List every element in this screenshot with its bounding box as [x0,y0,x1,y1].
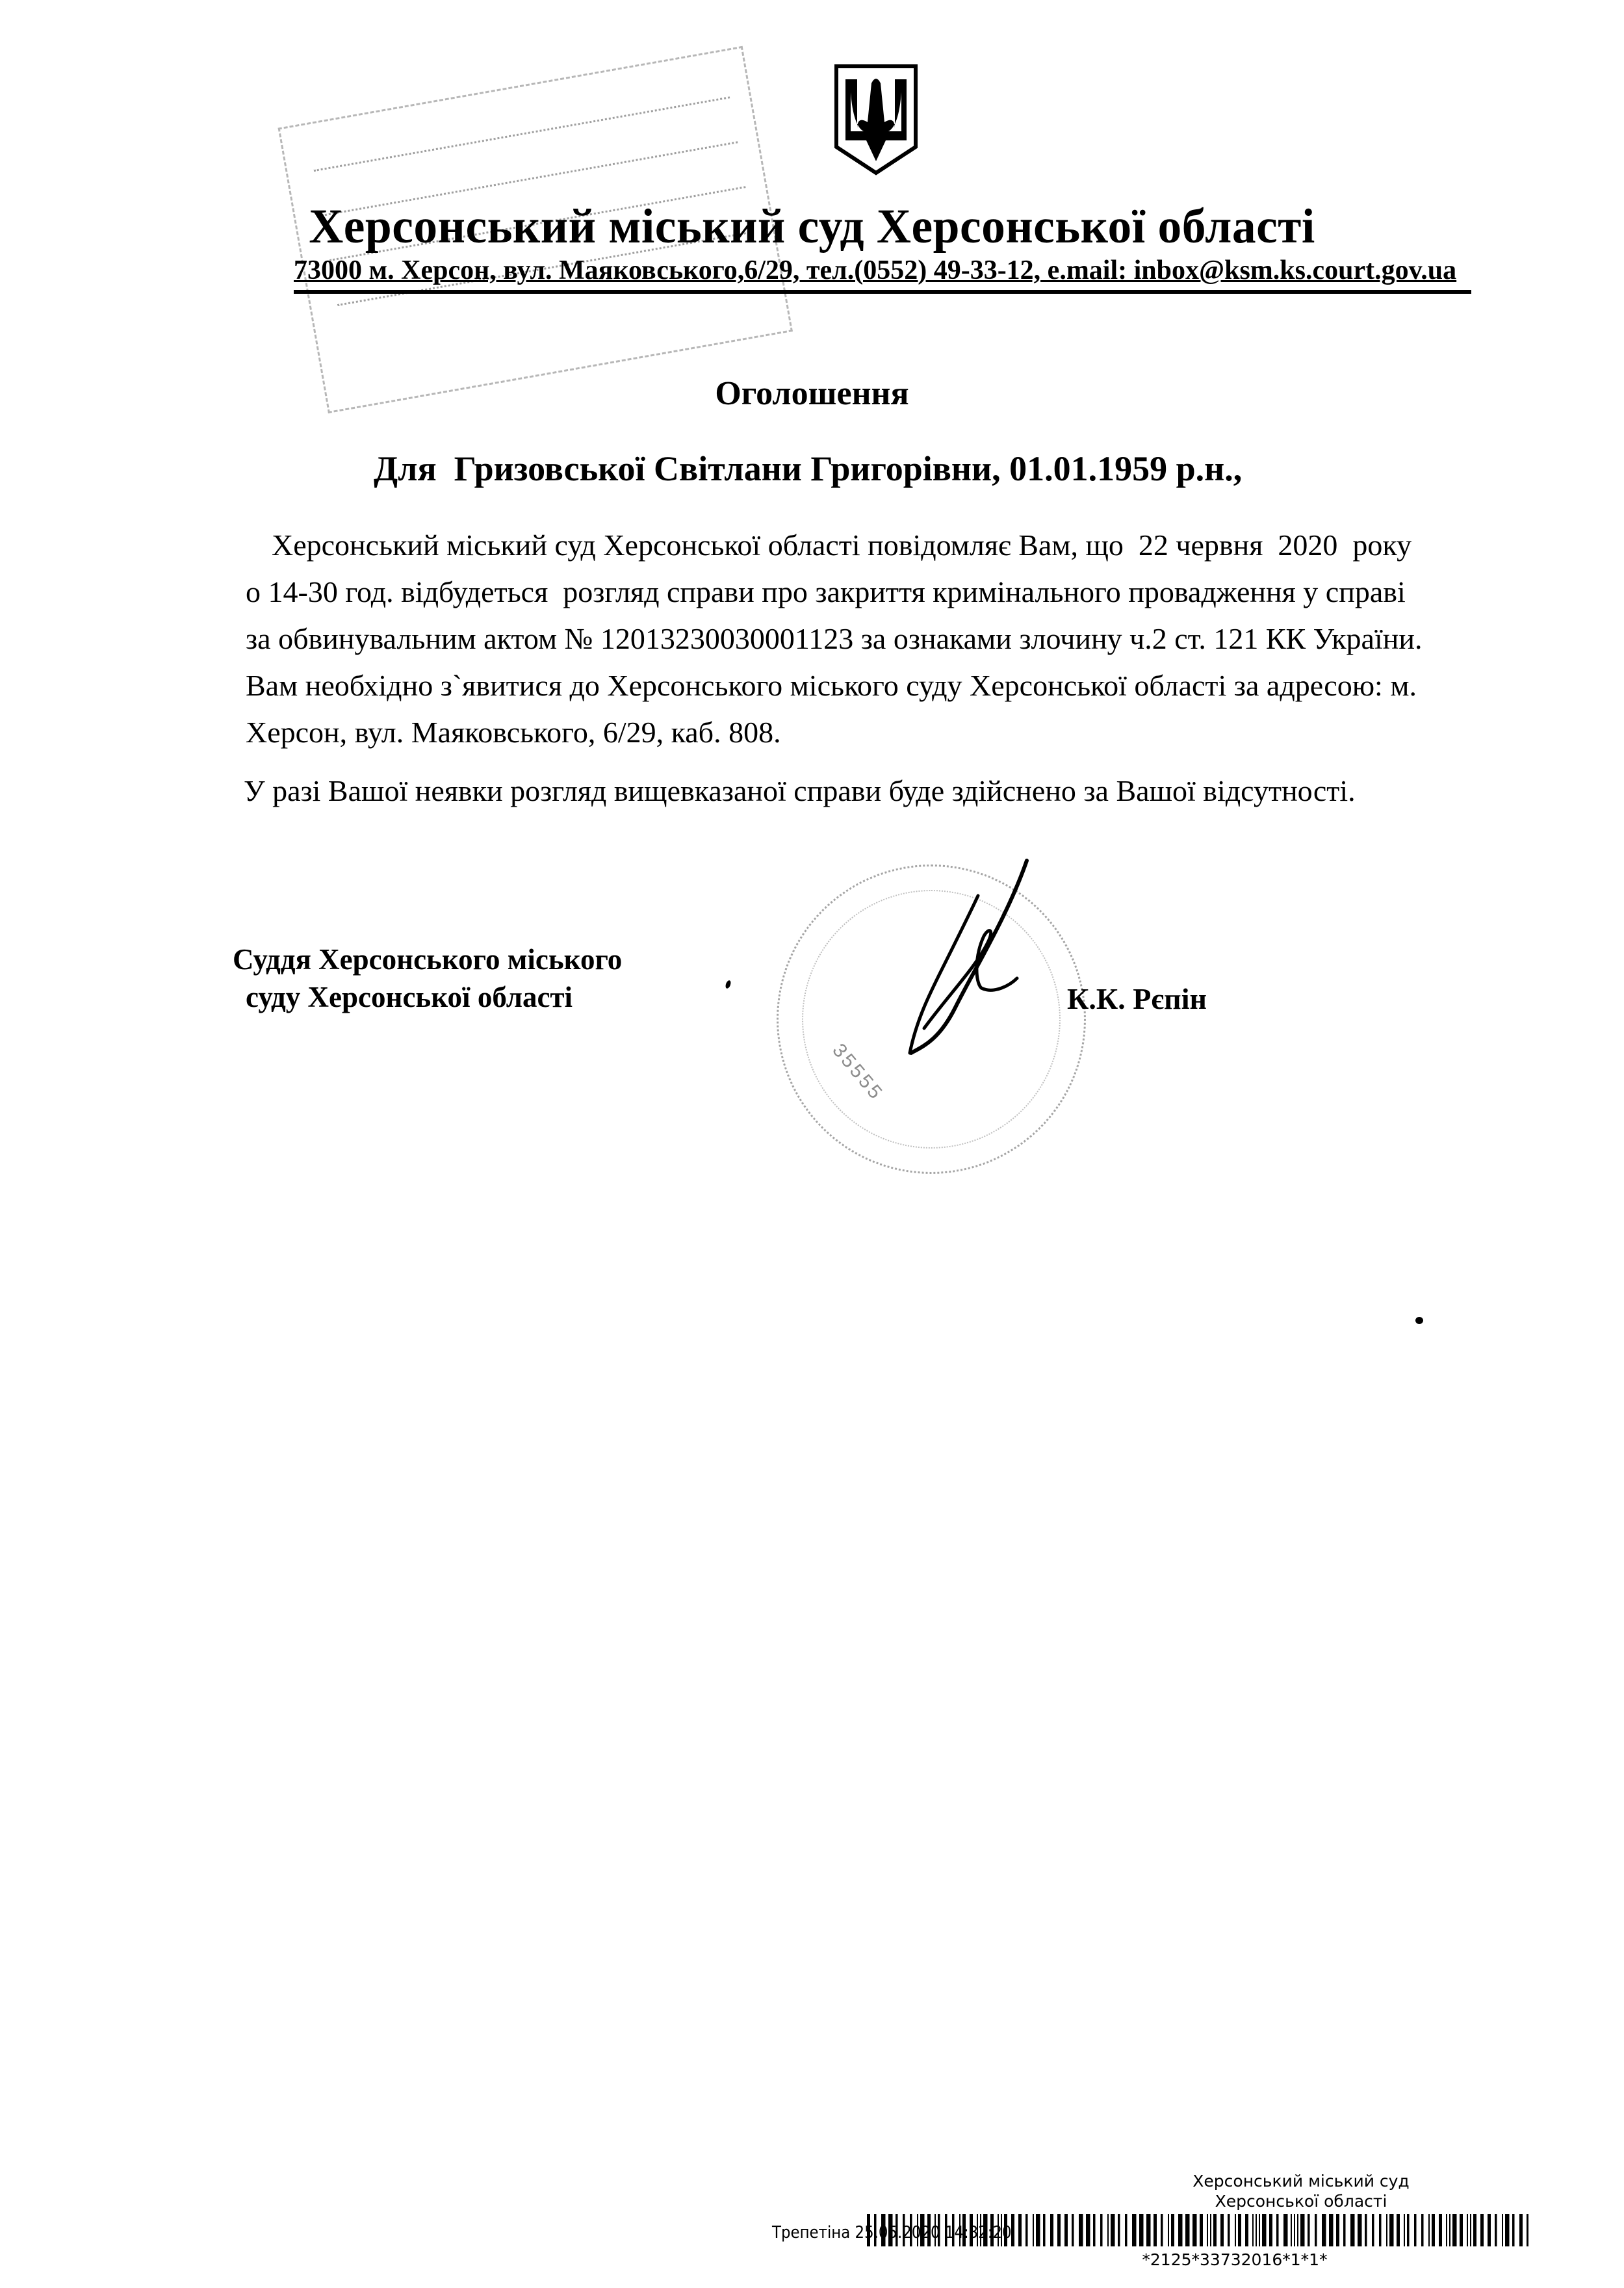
footer-court-line-1: Херсонський міський суд [1178,2172,1424,2190]
ukraine-coat-of-arms-icon [834,64,918,175]
header-rule [294,290,1471,294]
court-address-line: 73000 м. Херсон, вул. Маяковського,6/29,… [294,255,1470,286]
paragraph-2: У разі Вашої неявки розгляд вищевказаної… [244,773,1356,808]
paragraph-1-line: Херсонський міський суд Херсонської обла… [272,528,1411,562]
paragraph-1-line: за обвинувальним актом № 120132300300011… [246,621,1423,656]
footer-court-line-2: Херсонської області [1178,2192,1424,2211]
barcode-icon [867,2214,1528,2246]
paragraph-1-line: Вам необхідно з`явитися до Херсонського … [246,668,1417,703]
barcode-text: *2125*33732016*1*1* [1040,2250,1430,2269]
addressee-line: Для Гризовської Світлани Григорівни, 01.… [374,448,1242,489]
handwritten-signature-icon [877,858,1085,1072]
court-name-heading: Херсонський міський суд Херсонської обла… [16,199,1608,255]
document-title: Оголошення [0,374,1624,413]
paragraph-1-line: о 14-30 год. відбудеться розгляд справи … [246,575,1406,609]
judge-name: К.К. Рєпін [1067,981,1207,1016]
paragraph-1-line: Херсон, вул. Маяковського, 6/29, каб. 80… [246,715,781,749]
judge-position-line-2: суду Херсонської області [246,980,573,1014]
ink-mark [1415,1317,1423,1324]
ink-mark [725,980,732,989]
judge-position-line-1: Суддя Херсонського міського [233,942,622,976]
